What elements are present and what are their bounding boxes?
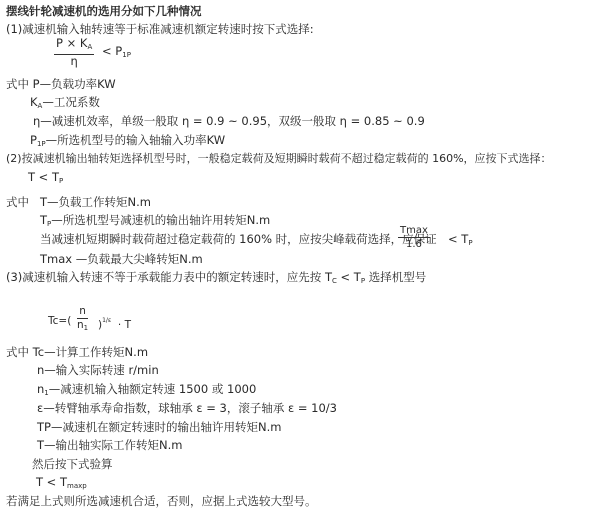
- case3-def-n1: n1—减速机输入轴额定转速 1500 或 1000: [37, 382, 256, 400]
- case3-formula-denominator: n1: [77, 319, 88, 335]
- case2-note-denominator: 1.6: [398, 238, 430, 251]
- case1-formula-numerator: P × KA: [54, 37, 94, 54]
- case2-tmax-def: Tmax —负载最大尖峰转矩N.m: [40, 252, 203, 266]
- case3-formula-numerator: n: [77, 305, 88, 318]
- case3-def-epsilon: ε—转臂轴承寿命指数，球轴承 ε = 3，滚子轴承 ε = 10/3: [37, 401, 337, 415]
- case1-def-p: 式中 P—负载功率KW: [6, 77, 116, 91]
- case2-def-t: 式中 T—负载工作转矩N.m: [6, 195, 151, 209]
- case3-def-tp: TP—减速机在额定转速时的输出轴许用转矩N.m: [37, 420, 281, 434]
- case3-formula-fraction: n n1: [77, 305, 88, 335]
- case2-note-numerator: Tmax: [398, 224, 430, 237]
- document-title: 摆线针轮减速机的选用分如下几种情况: [6, 4, 202, 18]
- case3-formula-lhs: Tc=(: [48, 314, 71, 328]
- case2-heading: (2)按减速机输出轴转矩选择机型号时，一般稳定载荷及短期瞬时载荷不超过稳定载荷的…: [6, 152, 552, 166]
- case3-def-n: n—输入实际转速 r/min: [37, 363, 159, 377]
- case2-formula: T < TP: [28, 170, 63, 188]
- case3-def-t: T—输出轴实际工作转矩N.m: [37, 438, 183, 452]
- case1-formula-fraction: P × KA η: [54, 37, 94, 68]
- case3-check-formula: T < Tmaxp: [36, 475, 87, 493]
- case1-def-eta: η—减速机效率，单级一般取 η = 0.9 ~ 0.95，双级一般取 η = 0…: [33, 114, 425, 128]
- case1-formula-denominator: η: [54, 55, 94, 68]
- case3-heading: (3)减速机输入转速不等于承载能力表中的额定转速时，应先按 TC < TP 选择…: [6, 270, 426, 288]
- case3-formula-rhs: )1/ε · T: [98, 314, 131, 332]
- case2-note-fraction: Tmax 1.6: [398, 224, 430, 251]
- case1-def-p1p: P1P—所选机型号的输入轴输入功率KW: [30, 133, 225, 151]
- case3-then: 然后按下式验算: [32, 457, 113, 471]
- case2-note-relation: < TP: [448, 232, 473, 250]
- case1-formula-relation: < P1P: [102, 44, 131, 62]
- conclusion: 若满足上式则所选减速机合适，否则，应据上式选较大型号。: [6, 494, 317, 508]
- case1-heading: (1)减速机输入轴转速等于标准减速机额定转速时按下式选择:: [6, 22, 314, 36]
- case2-note: 当减速机短期瞬时载荷超过稳定载荷的 160% 时，应按尖峰载荷选择，应保证: [40, 232, 437, 246]
- case3-def-tc: 式中 Tc—计算工作转矩N.m: [6, 345, 148, 359]
- case1-def-ka: KA—工况系数: [30, 95, 100, 113]
- case2-def-tp: TP—所选机型号减速机的输出轴许用转矩N.m: [40, 213, 270, 231]
